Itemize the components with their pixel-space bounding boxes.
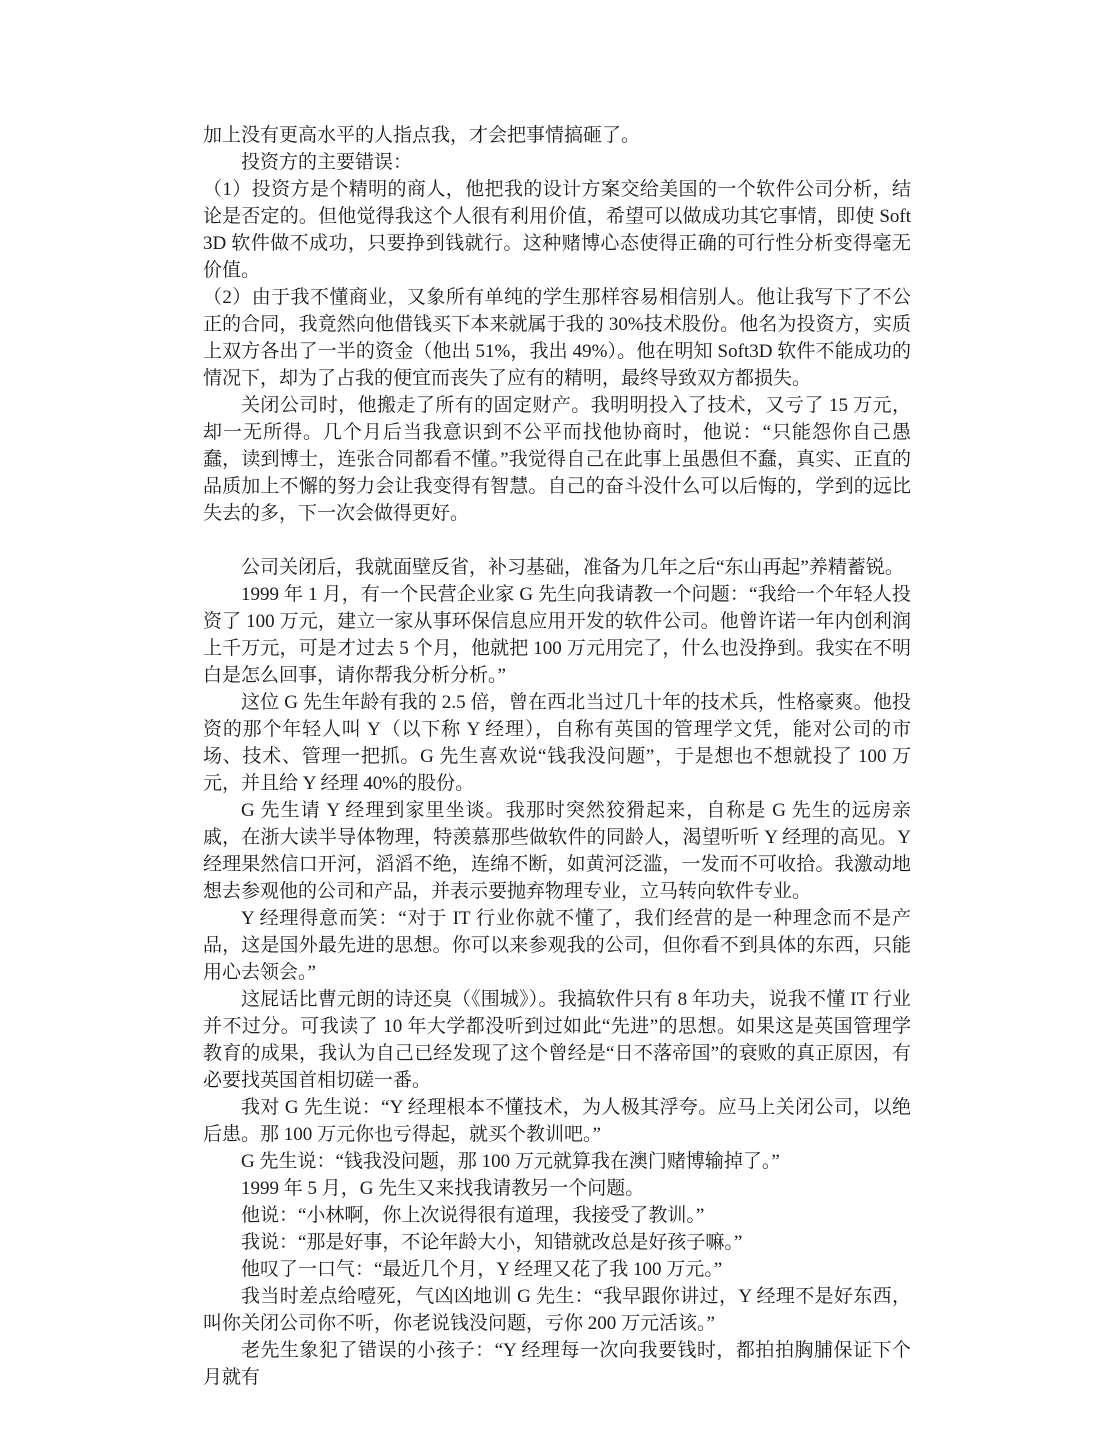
paragraph: 投资方的主要错误： bbox=[203, 149, 911, 176]
paragraph: G 先生请 Y 经理到家里坐谈。我那时突然狡猾起来，自称是 G 先生的远房亲戚，… bbox=[203, 797, 911, 905]
paragraph: 公司关闭后，我就面壁反省，补习基础，准备为几年之后“东山再起”养精蓄锐。 bbox=[203, 554, 911, 581]
paragraph: 我当时差点给噎死，气凶凶地训 G 先生：“我早跟你讲过，Y 经理不是好东西，叫你… bbox=[203, 1283, 911, 1337]
paragraph: Y 经理得意而笑：“对于 IT 行业你就不懂了，我们经营的是一种理念而不是产品，… bbox=[203, 905, 911, 986]
paragraph-spacer bbox=[203, 527, 911, 554]
paragraph: 1999 年 5 月，G 先生又来找我请教另一个问题。 bbox=[203, 1175, 911, 1202]
paragraph: （1）投资方是个精明的商人，他把我的设计方案交给美国的一个软件公司分析，结论是否… bbox=[203, 176, 911, 284]
paragraph: （2）由于我不懂商业，又象所有单纯的学生那样容易相信别人。他让我写下了不公正的合… bbox=[203, 284, 911, 392]
paragraph: 我说：“那是好事，不论年龄大小，知错就改总是好孩子嘛。” bbox=[203, 1229, 911, 1256]
paragraph: 他说：“小林啊，你上次说得很有道理，我接受了教训。” bbox=[203, 1202, 911, 1229]
paragraph: 他叹了一口气：“最近几个月，Y 经理又花了我 100 万元。” bbox=[203, 1256, 911, 1283]
paragraph: 这位 G 先生年龄有我的 2.5 倍，曾在西北当过几十年的技术兵，性格豪爽。他投… bbox=[203, 689, 911, 797]
document-page: 加上没有更高水平的人指点我，才会把事情搞砸了。 投资方的主要错误： （1）投资方… bbox=[0, 0, 1113, 1440]
paragraph: 加上没有更高水平的人指点我，才会把事情搞砸了。 bbox=[203, 122, 911, 149]
paragraph: 我对 G 先生说：“Y 经理根本不懂技术，为人极其浮夸。应马上关闭公司，以绝后患… bbox=[203, 1094, 911, 1148]
paragraph: G 先生说：“钱我没问题，那 100 万元就算我在澳门赌博输掉了。” bbox=[203, 1148, 911, 1175]
paragraph: 老先生象犯了错误的小孩子：“Y 经理每一次向我要钱时，都拍拍胸脯保证下个月就有 bbox=[203, 1337, 911, 1391]
paragraph: 关闭公司时，他搬走了所有的固定财产。我明明投入了技术，又亏了 15 万元，却一无… bbox=[203, 392, 911, 527]
paragraph: 这屁话比曹元朗的诗还臭（《围城》）。我搞软件只有 8 年功夫，说我不懂 IT 行… bbox=[203, 986, 911, 1094]
paragraph: 1999 年 1 月，有一个民营企业家 G 先生向我请教一个问题：“我给一个年轻… bbox=[203, 581, 911, 689]
document-body: 加上没有更高水平的人指点我，才会把事情搞砸了。 投资方的主要错误： （1）投资方… bbox=[203, 122, 911, 1391]
